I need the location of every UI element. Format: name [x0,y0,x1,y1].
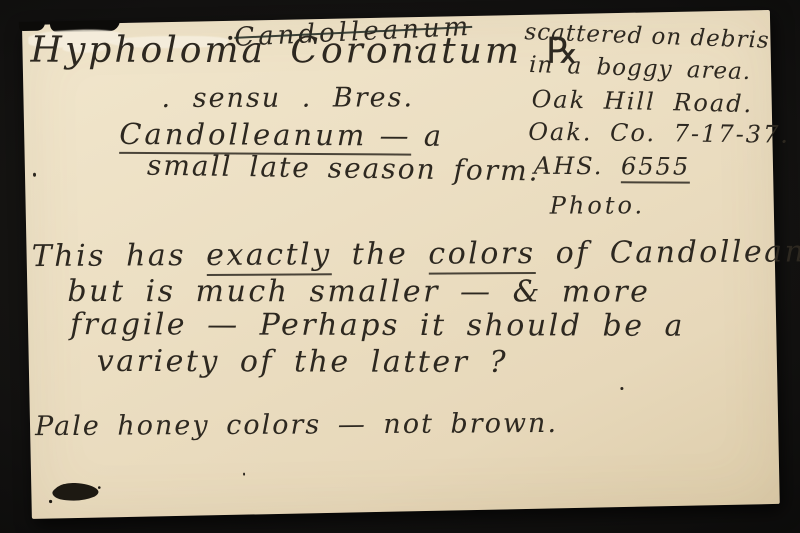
notes-line-2: but is much smaller — & more [67,275,650,309]
species-name-line: Hypholoma Coronatum ℞ [31,31,582,72]
collection-number-line: AHS. 6555 [534,153,690,180]
road-line: Oak Hill Road. [531,86,753,118]
notes-l1-text: of Candolleanum [536,234,800,271]
index-card: Candolleanum Hypholoma Coronatum ℞ . sen… [22,10,780,519]
notes-line-1: This has exactly the colors of Candollea… [32,235,800,273]
species-name: Hypholoma Coronatum [31,30,523,72]
collection-number: 6555 [621,152,690,183]
photo-note: Photo. [550,192,645,219]
notes-colors-underlined: colors [428,236,535,275]
notes-exactly-underlined: exactly [206,237,332,276]
color-note-line: Pale honey colors — not brown. [35,409,558,442]
synonym-line: Candolleanum — a [119,119,444,153]
collector-initials: AHS. [534,152,621,181]
notes-l1-text: This has [32,238,207,274]
notes-l1-text: the [332,237,429,273]
ink-speck [620,387,623,390]
notes-line-4: variety of the latter ? [97,345,508,379]
photo-background: Candolleanum Hypholoma Coronatum ℞ . sen… [0,0,800,533]
sensu-line: . sensu . Bres. [161,83,414,113]
county-date-line: Oak. Co. 7-17-37. [528,119,790,148]
ink-speck [243,473,245,476]
synonym-tail: a [411,119,444,153]
habitat-line-2: in a boggy area. [529,53,752,85]
notes-line-3: fragile — Perhaps it should be a [70,308,685,343]
ink-blot [47,474,110,505]
ink-speck [33,173,36,177]
form-note-line: small late season form. [147,151,540,188]
